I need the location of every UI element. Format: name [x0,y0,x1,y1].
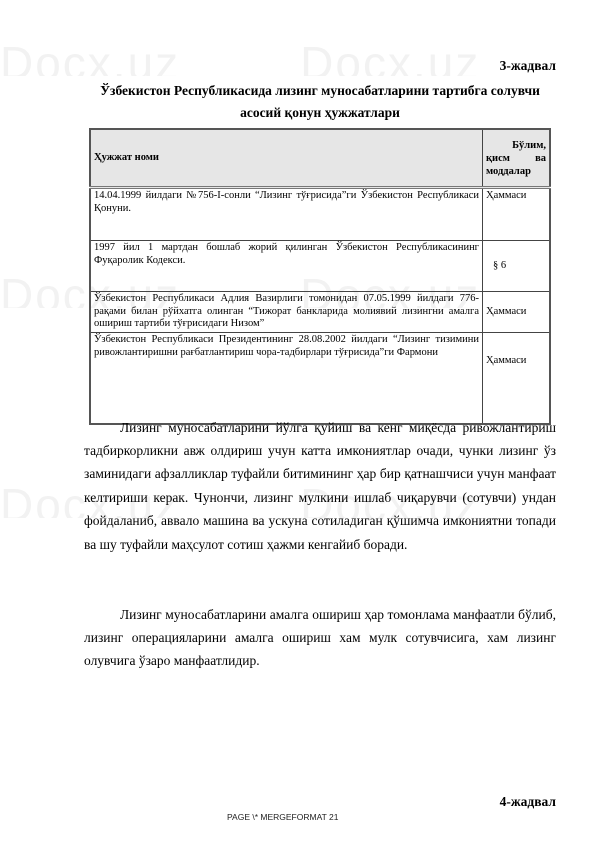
document-name-cell: Ўзбекистон Республикаси Президентининг 2… [90,333,483,425]
next-table-label: 4-жадвал [500,794,556,810]
table-title: Ўзбекистон Республикасида лизинг муносаб… [84,80,556,124]
table-row: Ўзбекистон Республикаси Адлия Вазирлиги … [90,292,550,333]
legal-documents-table: Ҳужжат номи Бўлим, қисм ва моддалар 14.0… [89,128,551,425]
section-cell: Ҳаммаси [483,292,551,333]
page-footer-field: PAGE \* MERGEFORMAT 21 [227,812,338,822]
table-row: Ўзбекистон Республикаси Президентининг 2… [90,333,550,425]
document-name-cell: Ўзбекистон Республикаси Адлия Вазирлиги … [90,292,483,333]
body-paragraph: Лизинг муносабатларини амалга ошириш ҳар… [84,603,556,673]
section-cell: § 6 [483,241,551,292]
table-row: 14.04.1999 йилдаги №756-I-сонли “Лизинг … [90,188,550,241]
body-paragraph: Лизинг муносабатларини йўлга қуйиш ва ке… [84,416,556,556]
table-label: 3-жадвал [500,58,556,74]
document-name-cell: 14.04.1999 йилдаги №756-I-сонли “Лизинг … [90,188,483,241]
section-cell: Ҳаммаси [483,333,551,425]
header-sections: Бўлим, қисм ва моддалар [483,129,551,188]
document-name-cell: 1997 йил 1 мартдан бошлаб жорий қилинган… [90,241,483,292]
table-header-row: Ҳужжат номи Бўлим, қисм ва моддалар [90,129,550,188]
section-cell: Ҳаммаси [483,188,551,241]
header-document-name: Ҳужжат номи [90,129,483,188]
table-row: 1997 йил 1 мартдан бошлаб жорий қилинган… [90,241,550,292]
